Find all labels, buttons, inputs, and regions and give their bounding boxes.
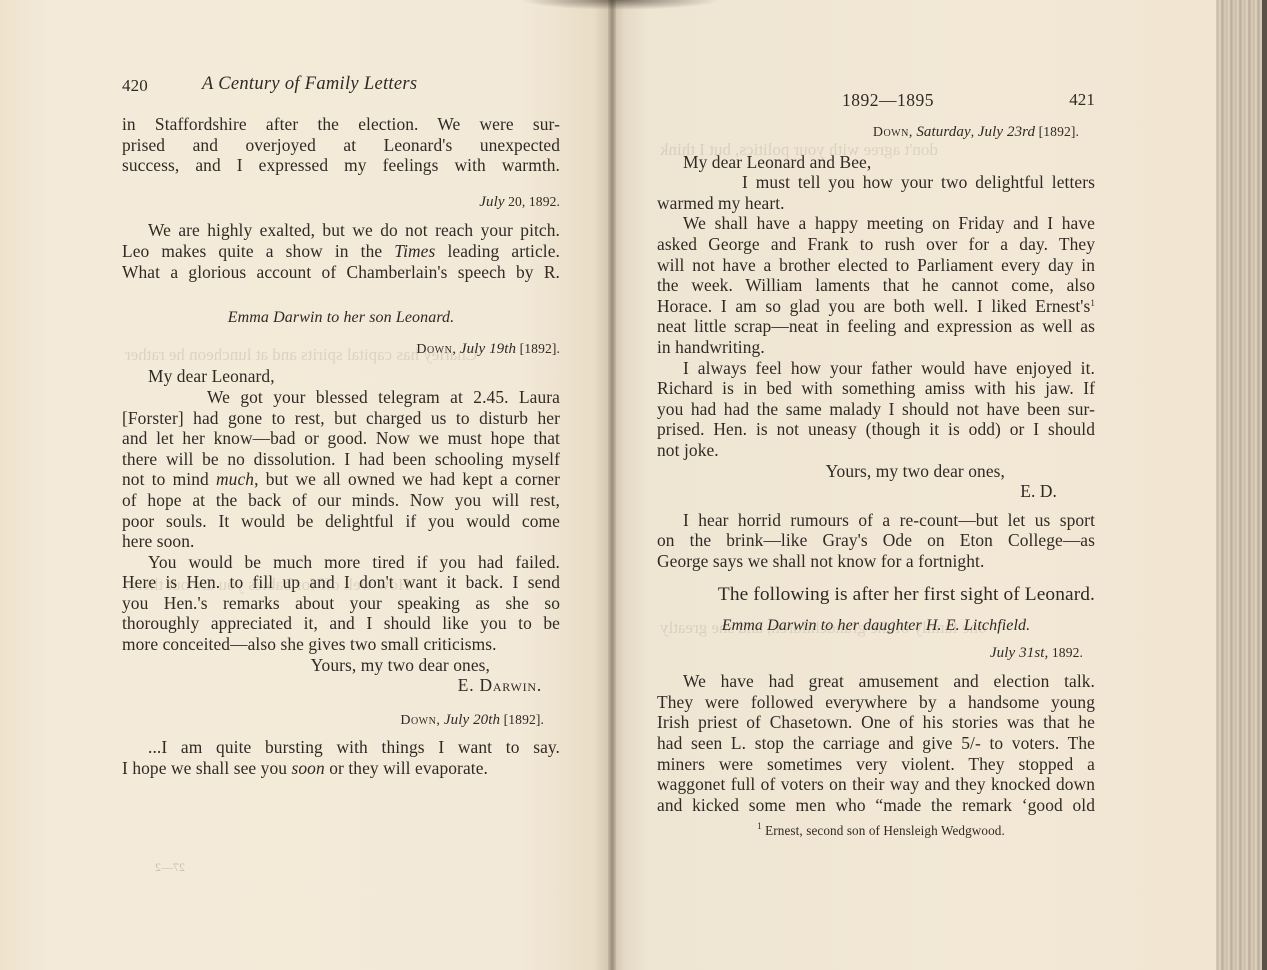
letter-heading: Emma Darwin to her son Leonard. (122, 308, 560, 329)
text-line: in handwriting. (657, 337, 1095, 358)
footnote-text: Ernest, second son of Hensleigh Wedgwood… (765, 823, 1005, 838)
text-line: Irish priest of Chasetown. One of his st… (657, 712, 1095, 733)
text-line: We are highly exalted, but we do not rea… (122, 220, 560, 241)
date-year: [1892]. (1039, 124, 1079, 139)
text-line: and kicked some men who “made the remark… (657, 795, 1095, 816)
date-year: [1892]. (504, 712, 544, 727)
letter-dateline: Down, July 20th [1892]. (122, 710, 544, 732)
text-line: you Hen.'s remarks about your speaking a… (122, 593, 560, 614)
text-line: I hope we shall see you soon or they wil… (122, 758, 560, 779)
text-fragment: not to mind (122, 469, 216, 489)
text-line: I must tell you how your two delightful … (657, 172, 1095, 193)
text-line: thoroughly appreciated it, and I should … (122, 613, 560, 634)
text-line: of hope at the back of our minds. Now yo… (122, 490, 560, 511)
italic-emphasis: much (216, 469, 254, 489)
page-edges (1216, 0, 1267, 970)
text-line: You would be much more tired if you had … (122, 552, 560, 573)
italic-newspaper-name: Times (394, 241, 435, 261)
date-month: July (479, 194, 504, 210)
running-head-right: 1892—1895 421 (657, 90, 1095, 112)
salutation: My dear Leonard, (122, 366, 560, 387)
text-line: Leo makes quite a show in the Times lead… (122, 241, 560, 262)
text-line: on the brink—like Gray's Ode on Eton Col… (657, 530, 1095, 551)
text-line: there will be no dissolution. I had been… (122, 449, 560, 470)
running-title: 1892—1895 (842, 90, 934, 111)
running-head-left: 420 A Century of Family Letters (122, 76, 560, 98)
text-line: poor souls. It would be delightful if yo… (122, 511, 560, 532)
text-line: I hear horrid rumours of a re-count—but … (657, 510, 1095, 531)
page-number: 421 (1069, 90, 1095, 111)
text-line: warmed my heart. (657, 193, 1095, 214)
text-fragment: leading article. (435, 241, 560, 261)
text-line: ...I am quite bursting with things I wan… (122, 737, 560, 758)
text-line: [Forster] had gone to rest, but charged … (122, 408, 560, 429)
text-line: We shall have a happy meeting on Friday … (657, 213, 1095, 234)
text-line: more conceited—also she gives two small … (122, 634, 560, 655)
page-number: 420 (122, 76, 148, 97)
footnote: 1 Ernest, second son of Hensleigh Wedgwo… (657, 821, 1095, 842)
text-line: What a glorious account of Chamberlain's… (122, 262, 560, 283)
letter-date: July 31st, 1892. (657, 643, 1083, 664)
signature: E. D. (657, 481, 1095, 502)
italic-emphasis: soon (292, 758, 325, 778)
text-line: asked George and Frank to rush over for … (657, 234, 1095, 255)
text-line: waggonet full of voters on their way and… (657, 774, 1095, 795)
text-line: and let her know—bad or good. Now we mus… (122, 428, 560, 449)
letter-heading: Emma Darwin to her daughter H. E. Litchf… (657, 616, 1095, 637)
text-line: had seen L. stop the carriage and give 5… (657, 733, 1095, 754)
text-line: you had had the same malady I should not… (657, 399, 1095, 420)
footnote-marker: 1 (757, 821, 762, 831)
date-year: [1892]. (520, 341, 560, 356)
spine-shadow (520, 0, 720, 10)
text-line: miners were sometimes very violent. They… (657, 754, 1095, 775)
salutation: My dear Leonard and Bee, (657, 152, 1095, 173)
running-title: A Century of Family Letters (202, 74, 417, 95)
text-line: They were followed everywhere by a hands… (657, 692, 1095, 713)
text-fragment: or they will evaporate. (325, 758, 488, 778)
date-italic: July 20th (444, 712, 500, 728)
letter-date: July 20, 1892. (122, 192, 560, 213)
text-line: in Staffordshire after the election. We … (122, 114, 560, 135)
text-line: prised and overjoyed at Leonard's unexpe… (122, 135, 560, 156)
closing: Yours, my two dear ones, (657, 461, 1095, 482)
text-fragment: Leo makes quite a show in the (122, 241, 394, 261)
text-line: will not have a brother elected to Parli… (657, 255, 1095, 276)
place-name: Down, (400, 713, 440, 728)
book-spread: Charley has capital spirits and at lunch… (0, 0, 1267, 970)
text-line: prised. Hen. is not uneasy (though it is… (657, 419, 1095, 440)
text-fragment: Horace. I am so glad you are both well. … (657, 296, 1090, 316)
closing: Yours, my two dear ones, (122, 655, 560, 676)
date-italic: July 23rd (978, 124, 1035, 140)
signature: E. Darwin. (122, 675, 560, 696)
text-line: here soon. (122, 531, 560, 552)
text-line: We have had great amusement and election… (657, 671, 1095, 692)
text-line: not joke. (657, 440, 1095, 461)
date-italic: July 19th (460, 341, 516, 357)
text-line: success, and I expressed my feelings wit… (122, 155, 560, 176)
right-page-text: 1892—1895 421 Down, Saturday, July 23rd … (657, 90, 1095, 842)
date-year: 1892. (1052, 645, 1083, 660)
section-note: The following is after her first sight o… (657, 585, 1095, 606)
text-fragment: I hope we shall see you (122, 758, 292, 778)
text-line: not to mind much, but we all owned we ha… (122, 469, 560, 490)
text-line: Richard is in bed with something amiss w… (657, 378, 1095, 399)
footnote-reference[interactable]: 1 (1090, 298, 1095, 308)
text-line: the week. William laments that he cannot… (657, 275, 1095, 296)
book-gutter (608, 0, 616, 970)
date-italic: July 31st, (990, 645, 1049, 661)
text-line: neat little scrap—neat in feeling and ex… (657, 316, 1095, 337)
day-italic: Saturday (916, 124, 970, 140)
signature-name: E. Darwin. (458, 675, 542, 695)
place-name: Down, (416, 342, 456, 357)
text-line: We got your blessed telegram at 2.45. La… (122, 387, 560, 408)
letter-dateline: Down, July 19th [1892]. (122, 339, 560, 361)
text-line: George says we shall not know for a fort… (657, 551, 1095, 572)
letter-dateline: Down, Saturday, July 23rd [1892]. (657, 122, 1079, 144)
text-line: Here is Hen. to fill up and I don't want… (122, 572, 560, 593)
date-rest: 20, 1892. (508, 194, 560, 209)
left-page-text: 420 A Century of Family Letters in Staff… (122, 76, 560, 779)
signature-mark: 27—2 (155, 860, 185, 875)
book-cover-edge (1262, 0, 1267, 970)
text-line: I always feel how your father would have… (657, 358, 1095, 379)
text-fragment: , but we all owned we had kept a corner (254, 469, 560, 489)
text-line: Horace. I am so glad you are both well. … (657, 296, 1095, 317)
place-name: Down, (873, 125, 913, 140)
